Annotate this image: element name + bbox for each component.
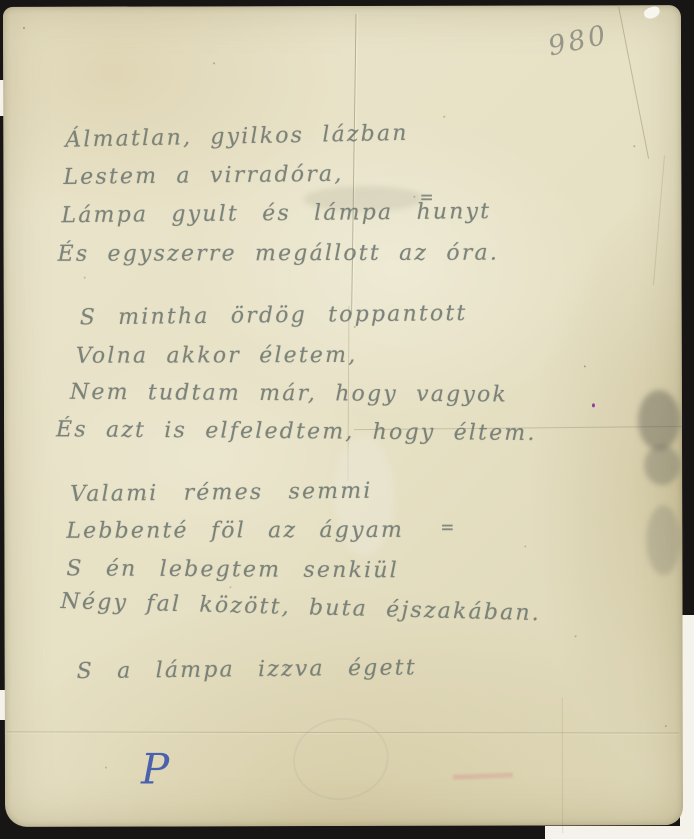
poem-line: Volna akkor életem,: [76, 343, 358, 369]
poem-line: Álmatlan, gyilkos lázban: [65, 121, 409, 153]
handwritten-poem: 980 Álmatlan, gyilkos lázban Lestem a vi…: [3, 5, 683, 827]
poem-line: S mintha ördög toppantott: [80, 301, 468, 330]
poem-line: És egyszerre megállott az óra.: [58, 241, 500, 267]
manuscript-photo: 980 Álmatlan, gyilkos lázban Lestem a vi…: [0, 0, 694, 839]
manuscript-page: 980 Álmatlan, gyilkos lázban Lestem a vi…: [3, 5, 683, 827]
correction-mark: =: [440, 518, 453, 538]
pencil-page-number: 980: [545, 19, 611, 62]
poem-line: Nem tudtam már, hogy vagyok: [70, 380, 508, 408]
poem-line: Lámpa gyult és lámpa hunyt: [61, 199, 491, 228]
blue-ink-letter: P: [141, 744, 169, 793]
poem-line: Lestem a virradóra,: [63, 162, 343, 190]
poem-line: S én lebegtem senkiül: [66, 556, 399, 583]
scan-backing: [545, 826, 694, 839]
poem-line: S a lámpa izzva égett: [77, 655, 417, 684]
poem-line: Négy fal között, buta éjszakában.: [60, 589, 541, 626]
poem-line: Valami rémes semmi: [70, 479, 373, 507]
poem-line: Lebbenté föl az ágyam: [66, 518, 404, 544]
poem-line: És azt is elfeledtem, hogy éltem.: [56, 417, 537, 446]
